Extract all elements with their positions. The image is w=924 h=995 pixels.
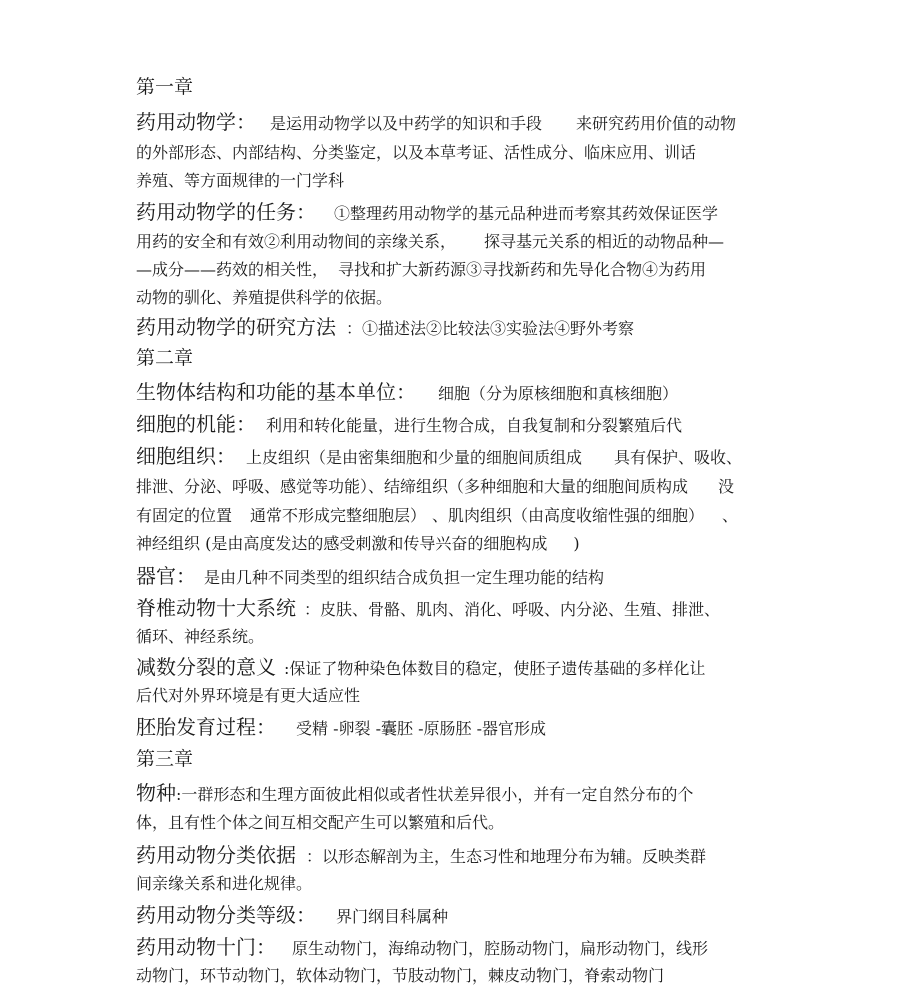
entry-text: 寻找和扩大新药源③寻找新药和先导化合物④为药用 (338, 260, 706, 279)
entry-text: 上皮组织（是由密集细胞和少量的细胞间质组成 (246, 448, 582, 467)
entry-line: 器官：是由几种不同类型的组织结合成负担一定生理功能的结构 (136, 566, 604, 586)
entry-line: 用药的安全和有效②利用动物间的亲缘关系，探寻基元关系的相近的动物品种— (136, 234, 724, 250)
entry-text: 循环、神经系统。 (136, 629, 264, 645)
entry-line: 胚胎发育过程：受精 -卵裂 -囊胚 -原肠胚 -器官形成 (136, 717, 546, 737)
entry-text: ：皮肤、骨骼、肌肉、消化、呼吸、内分泌、生殖、排泄、 (304, 600, 720, 619)
entry-text: :保证了物种染色体数目的稳定，使胚子遗传基础的多样化让 (284, 659, 705, 678)
entry-text: 排泄、分泌、呼吸、感觉等功能）、结缔组织（多种细胞和大量的细胞间质构成 (136, 477, 688, 496)
entry-text: ：以形态解剖为主，生态习性和地理分布为辅。反映类群 (306, 847, 706, 866)
entry-text: 后代对外界环境是有更大适应性 (136, 688, 360, 704)
entry-term: 器官： (136, 564, 196, 588)
entry-text: 探寻基元关系的相近的动物品种— (484, 232, 724, 251)
entry-text: 通常不形成完整细胞层） (250, 506, 426, 525)
chapter-title: 第一章 (136, 78, 193, 97)
entry-term: 物种 (136, 781, 176, 805)
entry-line: 药用动物学的任务：①整理药用动物学的基元品种进而考察其药效保证医学 (136, 202, 718, 222)
entry-text: 受精 -卵裂 -囊胚 -原肠胚 -器官形成 (296, 719, 546, 738)
entry-text: 体，且有性个体之间互相交配产生可以繁殖和后代。 (136, 815, 504, 831)
entry-line: 神经组织 (是由高度发达的感受刺激和传导兴奋的细胞构成) (136, 536, 580, 552)
entry-text: ①整理药用动物学的基元品种进而考察其药效保证医学 (334, 204, 718, 223)
entry-term: 药用动物学的研究方法 (136, 315, 336, 339)
entry-text: 的外部形态、内部结构、分类鉴定，以及本草考证、活性成分、临床应用、训话 (136, 145, 696, 161)
chapter-title: 第二章 (136, 349, 193, 368)
entry-line: 药用动物分类依据：以形态解剖为主，生态习性和地理分布为辅。反映类群 (136, 845, 706, 865)
entry-text: 神经组织 (是由高度发达的感受刺激和传导兴奋的细胞构成 (136, 534, 547, 553)
entry-text: 、 (722, 506, 738, 525)
entry-line: 药用动物学的研究方法：①描述法②比较法③实验法④野外考察 (136, 317, 634, 337)
entry-line: 生物体结构和功能的基本单位：细胞（分为原核细胞和真核细胞） (136, 382, 678, 402)
entry-text: 有固定的位置 (136, 506, 232, 525)
entry-term: 细胞的机能： (136, 412, 256, 436)
entry-text: 细胞（分为原核细胞和真核细胞） (438, 384, 678, 403)
entry-term: 药用动物学： (136, 110, 256, 134)
entry-text: 具有保护、吸收、 (614, 448, 742, 467)
entry-term: 药用动物十门： (136, 935, 276, 959)
entry-text: :一群形态和生理方面彼此相似或者性状差异很小，并有一定自然分布的个 (176, 785, 693, 804)
entry-term: 药用动物分类等级： (136, 903, 316, 927)
entry-text: 利用和转化能量，进行生物合成，自我复制和分裂繁殖后代 (266, 416, 682, 435)
chapter-title: 第三章 (136, 750, 193, 769)
entry-term: 药用动物学的任务： (136, 200, 316, 224)
entry-text: 用药的安全和有效②利用动物间的亲缘关系， (136, 232, 456, 251)
entry-text: ：①描述法②比较法③实验法④野外考察 (346, 319, 634, 338)
entry-text: 动物的驯化、养殖提供科学的依据。 (136, 290, 392, 306)
entry-term: 药用动物分类依据 (136, 843, 296, 867)
entry-term: 细胞组织： (136, 444, 236, 468)
document-page: 第一章 药用动物学：是运用动物学以及中药学的知识和手段来研究药用价值的动物 的外… (0, 0, 924, 995)
entry-text: —成分——药效的相关性， (136, 260, 328, 279)
entry-line: 药用动物分类等级：界门纲目科属种 (136, 905, 448, 925)
entry-line: 药用动物学：是运用动物学以及中药学的知识和手段来研究药用价值的动物 (136, 112, 736, 132)
entry-line: 物种:一群形态和生理方面彼此相似或者性状差异很小，并有一定自然分布的个 (136, 783, 693, 803)
entry-line: 药用动物十门：原生动物门，海绵动物门，腔肠动物门，扁形动物门，线形 (136, 937, 708, 957)
entry-text: ) (573, 534, 579, 553)
entry-line: 细胞组织：上皮组织（是由密集细胞和少量的细胞间质组成具有保护、吸收、 (136, 446, 742, 466)
entry-text: 原生动物门，海绵动物门，腔肠动物门，扁形动物门，线形 (292, 939, 708, 958)
entry-text: 界门纲目科属种 (336, 907, 448, 926)
entry-text: 是运用动物学以及中药学的知识和手段 (270, 114, 542, 133)
entry-term: 胚胎发育过程： (136, 715, 276, 739)
entry-text: 是由几种不同类型的组织结合成负担一定生理功能的结构 (204, 568, 604, 587)
entry-term: 生物体结构和功能的基本单位： (136, 380, 416, 404)
entry-text: 、肌肉组织（由高度收缩性强的细胞） (432, 506, 704, 525)
entry-term: 脊椎动物十大系统 (136, 596, 296, 620)
entry-text: 间亲缘关系和进化规律。 (136, 876, 312, 892)
entry-text: 来研究药用价值的动物 (576, 114, 736, 133)
entry-text: 没 (718, 477, 734, 496)
entry-line: 排泄、分泌、呼吸、感觉等功能）、结缔组织（多种细胞和大量的细胞间质构成没 (136, 479, 734, 495)
entry-text: 动物门，环节动物门，软体动物门，节肢动物门，棘皮动物门，脊索动物门 (136, 968, 664, 984)
entry-line: 细胞的机能：利用和转化能量，进行生物合成，自我复制和分裂繁殖后代 (136, 414, 682, 434)
entry-text: 养殖、等方面规律的一门学科 (136, 173, 344, 189)
entry-line: 有固定的位置通常不形成完整细胞层）、肌肉组织（由高度收缩性强的细胞）、 (136, 508, 738, 524)
entry-line: 减数分裂的意义:保证了物种染色体数目的稳定，使胚子遗传基础的多样化让 (136, 657, 705, 677)
entry-term: 减数分裂的意义 (136, 655, 276, 679)
entry-line: —成分——药效的相关性，寻找和扩大新药源③寻找新药和先导化合物④为药用 (136, 262, 706, 278)
entry-line: 脊椎动物十大系统：皮肤、骨骼、肌肉、消化、呼吸、内分泌、生殖、排泄、 (136, 598, 720, 618)
